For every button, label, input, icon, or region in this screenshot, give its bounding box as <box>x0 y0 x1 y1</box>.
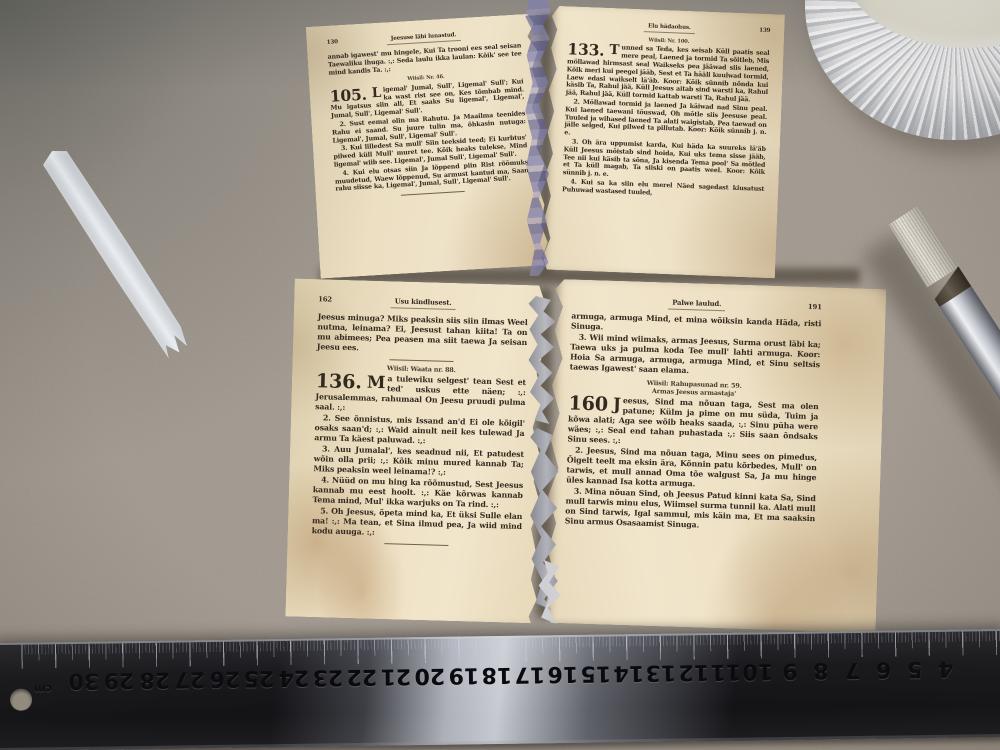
hymn-verse: 3. Auu Jumalal', kes seadnud nii, Et pat… <box>313 444 524 480</box>
page-number: 162 <box>318 295 332 304</box>
page-number: 191 <box>808 303 822 312</box>
hymn-verse: 2. Jeesus, Sind ma nõuan taga, Minu sees… <box>566 445 817 493</box>
section-divider <box>390 359 454 362</box>
hymn-verses: 2. See õnnistus, mis Issand an'd Ei ole … <box>312 413 525 541</box>
ruler-number: 4 <box>926 655 966 681</box>
book-page-130: 130 Jeesuse läbi lunastud. annab igawest… <box>306 13 551 278</box>
book-page-139: Elu hädaohus. 139 Wiisil: Nr. 100. 133. … <box>541 6 785 279</box>
hymn-verse: 2. See õnnistus, mis Issand an'd Ei ole … <box>314 413 525 449</box>
page-number: 130 <box>327 39 339 47</box>
hymn-number: 160 <box>568 395 608 414</box>
hymn-verse: 3. Wii mind wiimaks, armas Jeesus, Surma… <box>570 332 821 380</box>
book-page-191: Palwe laulud. 191 armuga, armuga Mind, e… <box>544 279 887 633</box>
paste-ramekin <box>805 0 1000 140</box>
hymn-number: 133. <box>567 43 605 59</box>
hymn-verses: 2. Sust eemal olin ma Rahutu. Ja Maailma… <box>331 110 529 194</box>
hymn-verse: 3. Oh ära uppumist karda, Kui häda ka su… <box>563 138 766 185</box>
hymn-initial-letter: L <box>371 87 381 99</box>
ruler-number: 29 <box>99 667 139 693</box>
ruler-number: 28 <box>134 667 174 693</box>
photo-of-hymnal-pages: 130 Jeesuse läbi lunastud. annab igawest… <box>0 0 1000 750</box>
metal-ruler: cm 3029282726252423222120191817161514131… <box>0 629 1000 750</box>
hymn-first-verse: 136. M a tulewiku selgest' tean Sest et … <box>315 372 526 418</box>
hymn-verse: 3. Mina nõuan Sind, oh Jeesus Patud kinn… <box>565 486 816 534</box>
running-header: Usu kindlusest. <box>391 297 456 309</box>
hymn-verse: 2. Möllawad tormid ja laened Ja käiwad n… <box>564 98 767 145</box>
section-divider <box>384 543 448 546</box>
hymn-verse: 4. Nüüd on mu hing ka rõõmustud, Sest Je… <box>312 475 523 511</box>
book-page-162: 162 Usu kindlusest. Jeesus minuga? Miks … <box>285 279 546 624</box>
page-number: 139 <box>759 28 770 35</box>
running-header: Jeesuse läbi lunastud. <box>387 32 461 45</box>
ruler-unit-label: cm <box>34 682 52 695</box>
running-header: Palwe laulud. <box>668 298 725 310</box>
hymn-first-verse: 160 J eesus, Sind ma nõuan taga, Sest ma… <box>567 395 818 453</box>
section-divider <box>401 191 465 196</box>
hymn-first-verse: 133. T unned sa Teda, kes seisab Küll pa… <box>566 43 770 105</box>
hymn-number: 105. <box>329 87 367 104</box>
running-header: Elu hädaohus. <box>644 23 695 34</box>
hymn-verse: 5. Oh Jeesus, õpeta mind ka, Et üksi Sul… <box>312 506 523 542</box>
hymn-verses: 2. Möllawad tormid ja laened Ja käiwad n… <box>562 98 768 201</box>
hymn-initial-letter: M <box>367 375 386 390</box>
hymn-initial-letter: T <box>609 45 619 57</box>
ruler-number: 27 <box>169 666 209 692</box>
hymn-text-continuation: Jeesus minuga? Miks peaksin siis siin il… <box>317 312 528 358</box>
hymn-initial-letter: J <box>613 397 621 411</box>
hymn-verses: 2. Jeesus, Sind ma nõuan taga, Minu sees… <box>565 445 817 534</box>
hymn-number: 136. <box>316 372 362 391</box>
tape-strip <box>40 142 192 361</box>
